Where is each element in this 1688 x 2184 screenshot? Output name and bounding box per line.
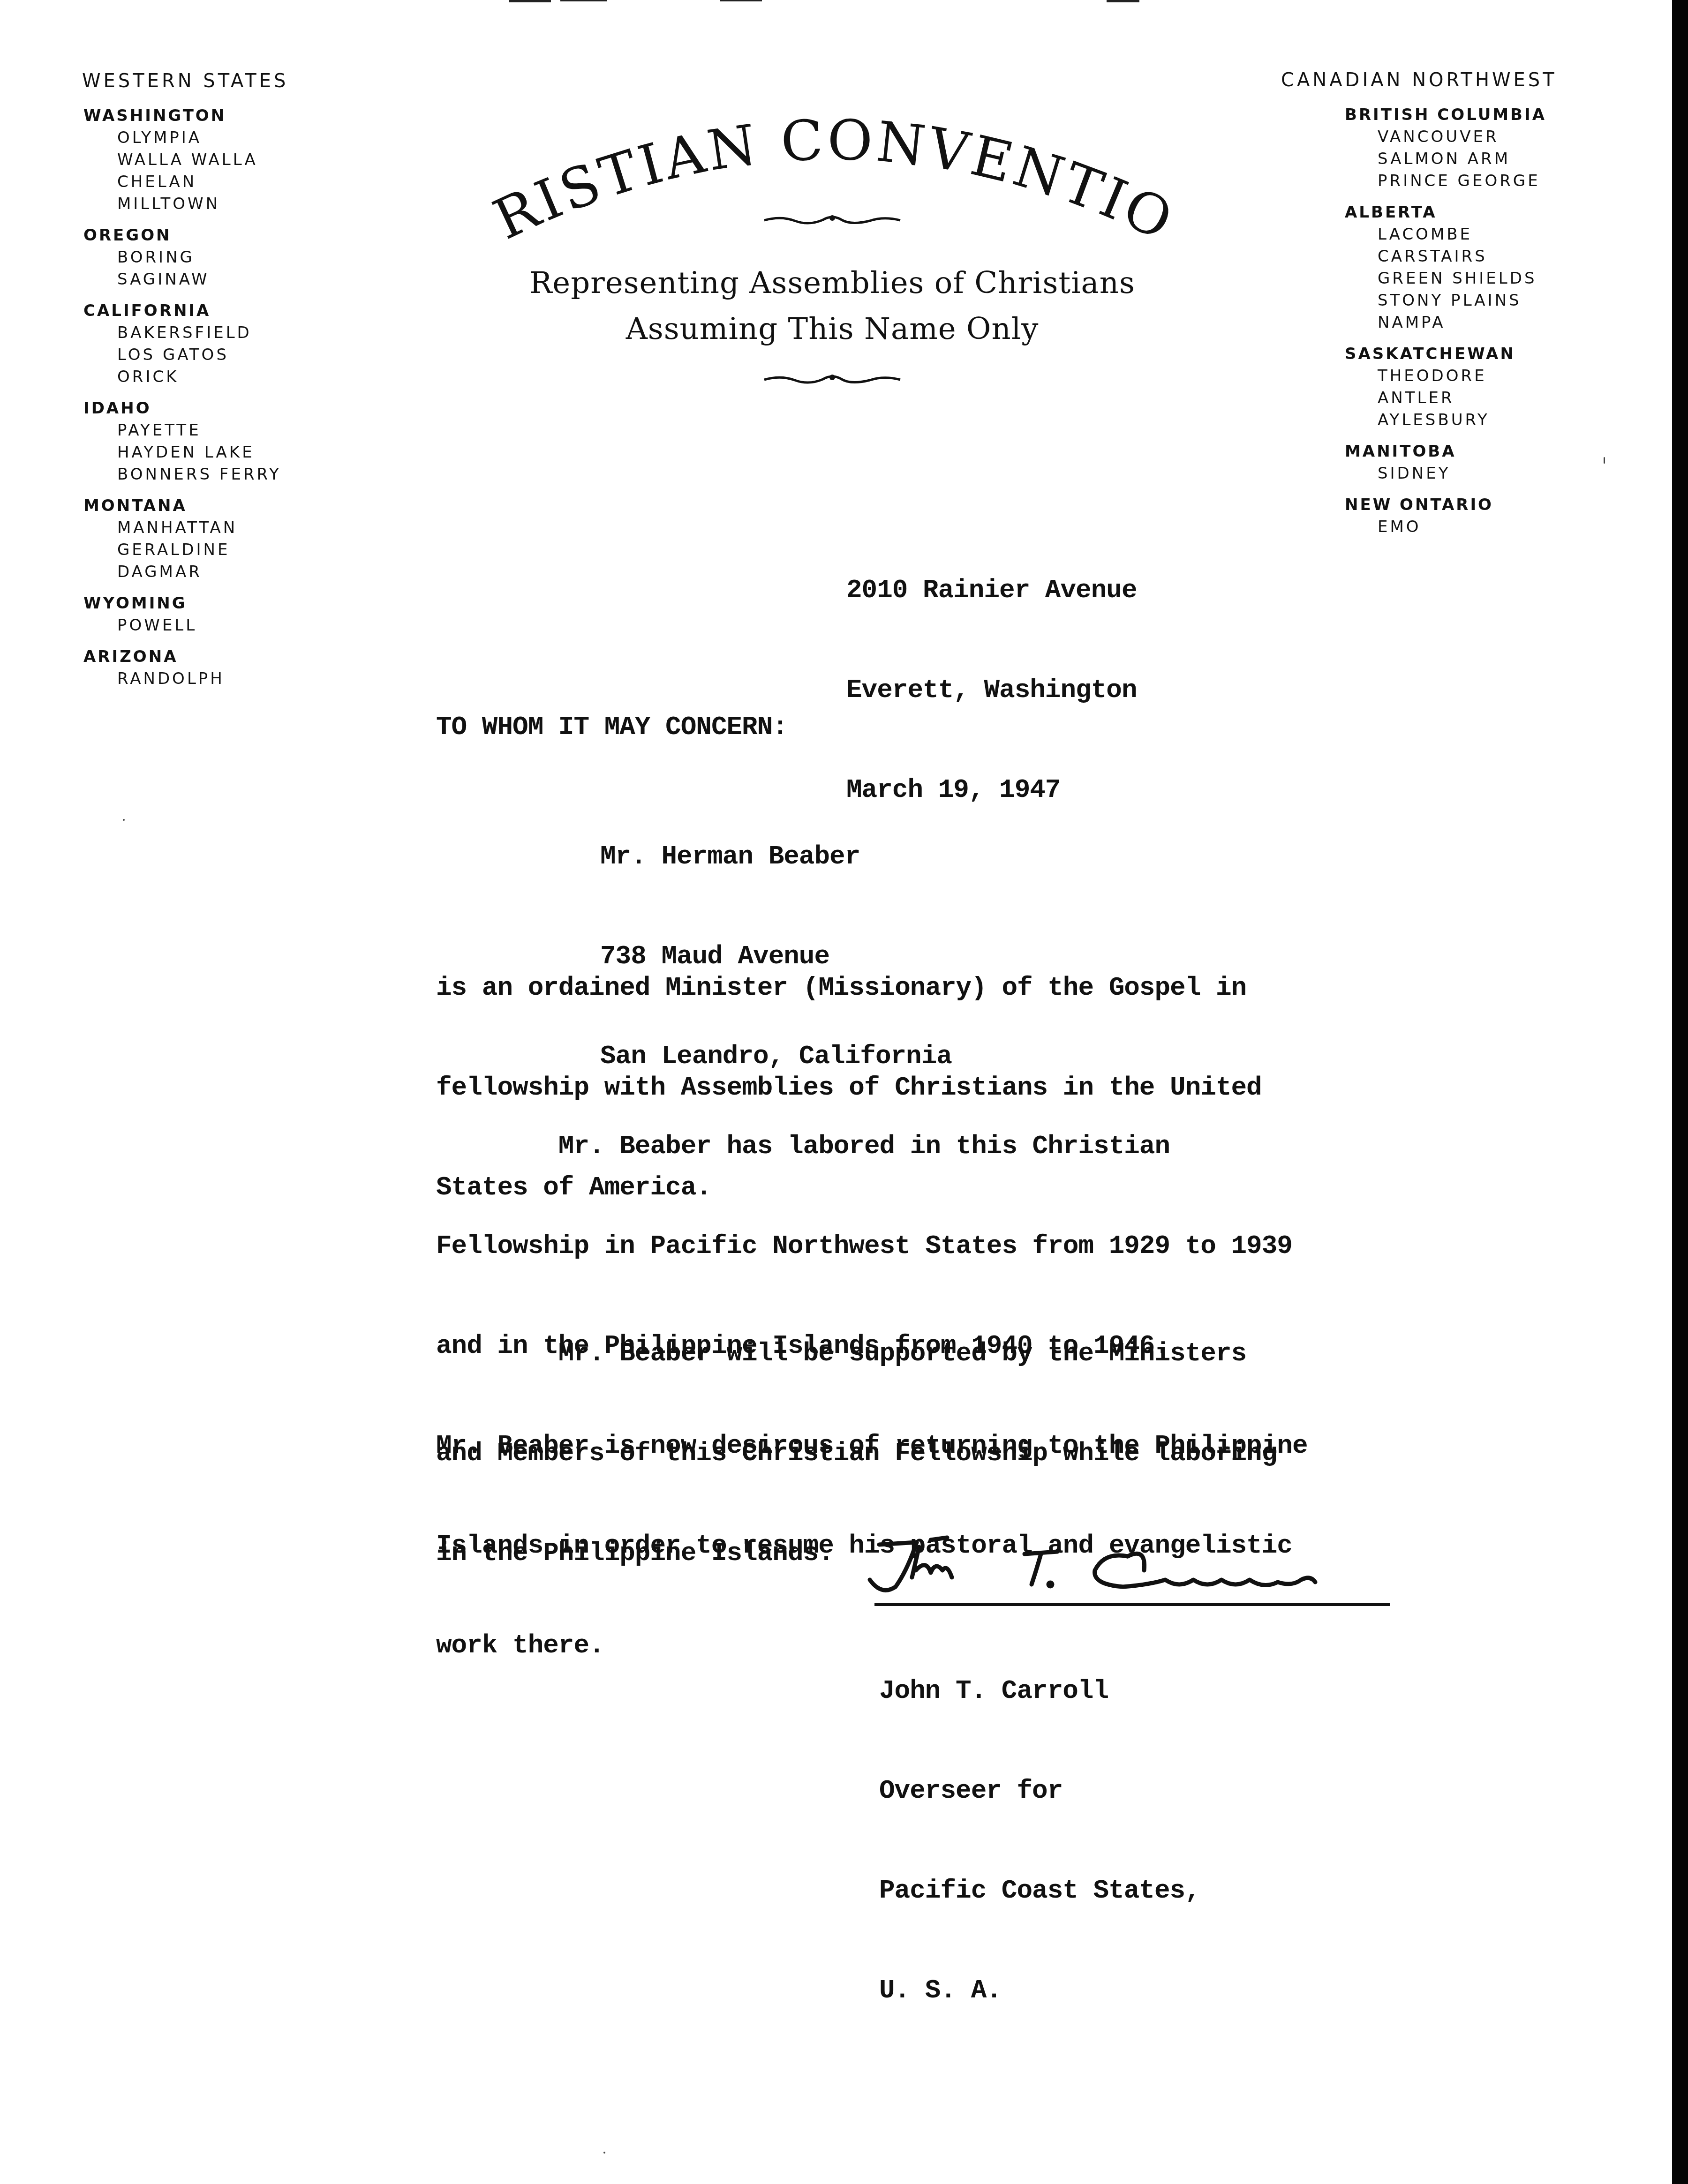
- city-name: LACOMBE: [1378, 224, 1557, 246]
- city-name: BAKERSFIELD: [117, 322, 288, 344]
- city-name: POWELL: [117, 615, 288, 637]
- city-name: OLYMPIA: [117, 127, 288, 149]
- city-name: GERALDINE: [117, 539, 288, 561]
- masthead: CHRISTIAN CONVENTIONS Representing Assem…: [445, 108, 1219, 387]
- signature-line: [874, 1603, 1390, 1606]
- state-group: ARIZONARANDOLPH: [82, 646, 288, 690]
- salutation: TO WHOM IT MAY CONCERN:: [436, 711, 788, 744]
- scan-artifact: [509, 0, 551, 2]
- tagline-line: Assuming This Name Only: [445, 306, 1219, 352]
- city-state: Everett, Washington: [846, 674, 1137, 707]
- state-group: SASKATCHEWANTHEODOREANTLERAYLESBURY: [1281, 343, 1557, 431]
- state-group: WASHINGTONOLYMPIAWALLA WALLACHELANMILLTO…: [82, 105, 288, 215]
- province-list: BRITISH COLUMBIAVANCOUVERSALMON ARMPRINC…: [1281, 104, 1557, 538]
- text-line: Fellowship in Pacific Northwest States f…: [436, 1230, 1308, 1263]
- state-name: CALIFORNIA: [83, 300, 288, 322]
- state-name: WASHINGTON: [83, 105, 288, 127]
- city-name: DAGMAR: [117, 561, 288, 583]
- flourish-ornament-icon: [762, 213, 903, 227]
- western-states-column: WESTERN STATES WASHINGTONOLYMPIAWALLA WA…: [82, 70, 288, 699]
- state-name: WYOMING: [83, 593, 288, 615]
- scan-artifact: [720, 0, 762, 1]
- scan-artifact: [560, 0, 607, 1]
- state-group: WYOMINGPOWELL: [82, 593, 288, 637]
- city-name: PAYETTE: [117, 420, 288, 442]
- text-line: and Members of this Christian Fellowship…: [436, 1437, 1277, 1470]
- signer-region: Pacific Coast States,: [879, 1874, 1390, 1907]
- signature-block: John T. Carroll Overseer for Pacific Coa…: [860, 1519, 1390, 2074]
- city-name: LOS GATOS: [117, 344, 288, 366]
- state-group: OREGONBORINGSAGINAW: [82, 225, 288, 291]
- state-group: MANITOBASIDNEY: [1281, 441, 1557, 485]
- scan-edge-border: [1672, 0, 1688, 2184]
- state-name: NEW ONTARIO: [1345, 494, 1557, 516]
- text-line: Mr. Beaber will be supported by the Mini…: [436, 1337, 1277, 1370]
- state-name: OREGON: [83, 225, 288, 247]
- scan-speck: [1604, 457, 1605, 464]
- recipient-name: Mr. Herman Beaber: [600, 840, 952, 873]
- state-name: MANITOBA: [1345, 441, 1557, 463]
- city-name: CHELAN: [117, 171, 288, 193]
- city-name: THEODORE: [1378, 365, 1557, 387]
- state-name: ARIZONA: [83, 646, 288, 668]
- scan-artifact: [1107, 0, 1139, 2]
- scan-speck: [603, 2152, 605, 2154]
- scan-speck: [1071, 1249, 1073, 1251]
- state-list: WASHINGTONOLYMPIAWALLA WALLACHELANMILLTO…: [82, 105, 288, 690]
- tagline-line: Representing Assemblies of Christians: [445, 260, 1219, 306]
- signer-block: John T. Carroll Overseer for Pacific Coa…: [879, 1608, 1390, 2074]
- city-name: HAYDEN LAKE: [117, 442, 288, 464]
- state-group: CALIFORNIABAKERSFIELDLOS GATOSORICK: [82, 300, 288, 388]
- region-title: CANADIAN NORTHWEST: [1281, 69, 1557, 91]
- state-name: ALBERTA: [1345, 202, 1557, 224]
- state-name: IDAHO: [83, 398, 288, 420]
- handwritten-signature-icon: [860, 1519, 1376, 1608]
- canadian-northwest-column: CANADIAN NORTHWEST BRITISH COLUMBIAVANCO…: [1281, 69, 1557, 548]
- state-group: NEW ONTARIOEMO: [1281, 494, 1557, 538]
- city-name: AYLESBURY: [1378, 409, 1557, 431]
- city-name: PRINCE GEORGE: [1378, 170, 1557, 192]
- scan-speck: [123, 819, 125, 821]
- city-name: WALLA WALLA: [117, 149, 288, 171]
- city-name: SAGINAW: [117, 269, 288, 291]
- city-name: SIDNEY: [1378, 463, 1557, 485]
- city-name: ANTLER: [1378, 387, 1557, 409]
- state-group: BRITISH COLUMBIAVANCOUVERSALMON ARMPRINC…: [1281, 104, 1557, 192]
- street-address: 2010 Rainier Avenue: [846, 574, 1137, 607]
- city-name: GREEN SHIELDS: [1378, 268, 1557, 290]
- city-name: MILLTOWN: [117, 193, 288, 215]
- signer-title: Overseer for: [879, 1774, 1390, 1808]
- text-line: is an ordained Minister (Missionary) of …: [436, 971, 1262, 1005]
- state-name: MONTANA: [83, 495, 288, 517]
- state-name: BRITISH COLUMBIA: [1345, 104, 1557, 126]
- city-name: VANCOUVER: [1378, 126, 1557, 148]
- city-name: BONNERS FERRY: [117, 464, 288, 486]
- signer-country: U. S. A.: [879, 1974, 1390, 2007]
- flourish-ornament-icon: [762, 373, 903, 387]
- state-group: IDAHOPAYETTEHAYDEN LAKEBONNERS FERRY: [82, 398, 288, 486]
- state-group: ALBERTALACOMBECARSTAIRSGREEN SHIELDSSTON…: [1281, 202, 1557, 334]
- city-name: NAMPA: [1378, 312, 1557, 334]
- city-name: EMO: [1378, 516, 1557, 538]
- state-name: SASKATCHEWAN: [1345, 343, 1557, 365]
- signer-name: John T. Carroll: [879, 1674, 1390, 1708]
- city-name: BORING: [117, 247, 288, 269]
- text-line: Mr. Beaber has labored in this Christian: [436, 1130, 1308, 1163]
- city-name: SALMON ARM: [1378, 148, 1557, 170]
- city-name: ORICK: [117, 366, 288, 388]
- city-name: RANDOLPH: [117, 668, 288, 690]
- region-title: WESTERN STATES: [82, 70, 288, 92]
- city-name: CARSTAIRS: [1378, 246, 1557, 268]
- city-name: MANHATTAN: [117, 517, 288, 539]
- city-name: STONY PLAINS: [1378, 290, 1557, 312]
- state-group: MONTANAMANHATTANGERALDINEDAGMAR: [82, 495, 288, 583]
